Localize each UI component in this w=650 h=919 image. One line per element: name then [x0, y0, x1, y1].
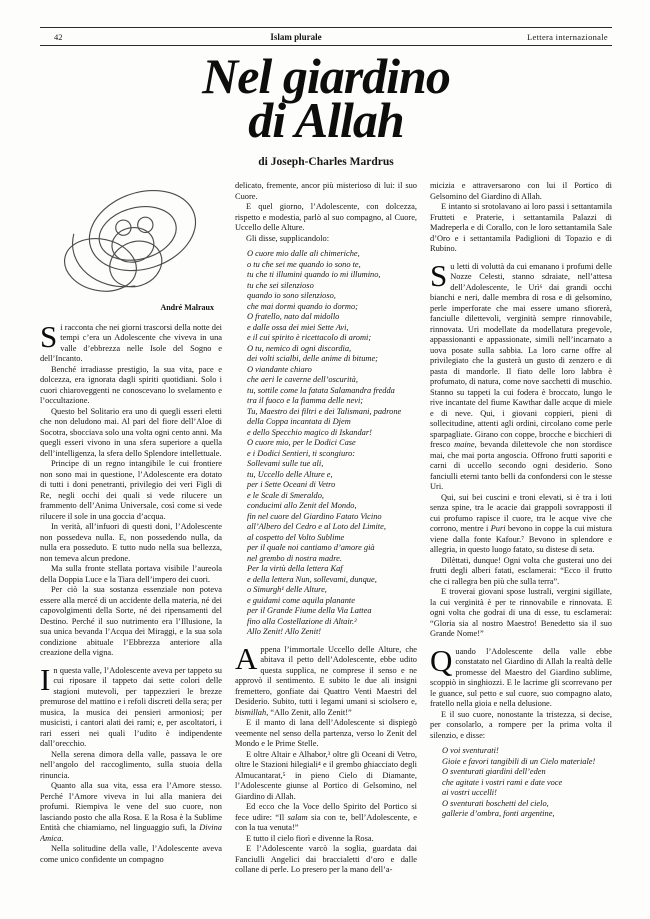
dropcap-initial: I — [40, 666, 53, 692]
paragraph: E tutto il cielo fiorì e divenne la Rosa… — [235, 834, 417, 845]
article-columns: André Malraux Si racconta che nei giorni… — [40, 181, 612, 883]
page-number: 42 — [40, 32, 130, 42]
poem-line: e il cui spirito è ricettacolo di aromi; — [247, 333, 417, 344]
poem-line: O cuore mio, per le Dodici Case — [247, 438, 417, 449]
poem-line: che agitate i vostri rami e date voce — [442, 778, 612, 789]
paragraph-text: n questa valle, l’Adolescente aveva per … — [40, 666, 222, 749]
paragraph: E il manto di lana dell’Adolescente si d… — [235, 718, 417, 750]
poem-line: nel grembo di nostra madre. — [247, 554, 417, 565]
paragraph-text: uando l’Adolescente della valle ebbe con… — [430, 647, 612, 709]
malraux-sketch: André Malraux — [40, 183, 222, 314]
magazine-page: 42 Islam plurale Lettera internazionale … — [0, 0, 650, 919]
paragraph: E intanto si srotolavano ai loro passi i… — [430, 202, 612, 255]
poem-line: O cuore mio dalle ali chimeriche, — [247, 249, 417, 260]
poem-line: tu che ti illumini quando io mi illumino… — [247, 270, 417, 281]
dropcap-initial: Q — [430, 647, 455, 673]
sketch-caption: André Malraux — [40, 303, 222, 314]
sketch-drawing-icon — [47, 183, 215, 301]
poem-line: O sventurati boschetti del cielo, — [442, 799, 612, 810]
column-right: micizia e attraversarono con lui il Port… — [430, 181, 612, 883]
column-middle: delicato, fremente, ancor più misterioso… — [235, 181, 417, 883]
paragraph-text: u letti di voluttà da cui emanano i prof… — [430, 262, 612, 492]
paragraph: Nella solitudine della valle, l’Adolesce… — [40, 844, 222, 865]
poem-line: gallerie d’ombra, fonti argentine, — [442, 809, 612, 820]
poem-line: e dalle ossa dei miei Sette Avi, — [247, 323, 417, 334]
poem-line: o tu che sei me quando io sono te, — [247, 260, 417, 271]
byline: di Joseph-Charles Mardrus — [40, 156, 612, 168]
lament-poem: O voi sventurati!Gioie e favori tangibil… — [442, 746, 612, 820]
poem-line: dei volti scialbi, delle anime di bitume… — [247, 354, 417, 365]
poem-line: Gioie e favori tangibili di un Cielo mat… — [442, 757, 612, 768]
running-head: 42 Islam plurale Lettera internazionale — [40, 27, 612, 46]
poem-line: e guidami come aquila planante — [247, 596, 417, 607]
paragraph: E troverai giovani spose lustrali, vergi… — [430, 587, 612, 640]
poem-line: per il Grande Fiume della Via Lattea — [247, 606, 417, 617]
poem-line: per i Sette Oceani di Vetro — [247, 480, 417, 491]
poem-line: al cospetto del Volto Sublime — [247, 533, 417, 544]
paragraph: Quando l’Adolescente della valle ebbe co… — [430, 647, 612, 710]
poem-line: tu, Uccello delle Alture e, — [247, 470, 417, 481]
poem-line: O sventurati giardini dell’eden — [442, 767, 612, 778]
poem-line: che mai dormi quando io dormo; — [247, 302, 417, 313]
poem-line: della Coppa incantata di Djem — [247, 417, 417, 428]
poem-line: fin nel cuore del Giardino Fatato Vicino — [247, 512, 417, 523]
paragraph: Quanto alla sua vita, essa era l’Amore s… — [40, 781, 222, 844]
dropcap-initial: S — [430, 262, 450, 288]
poem-line: e le Scale di Smeraldo, — [247, 491, 417, 502]
paragraph: Su letti di voluttà da cui emanano i pro… — [430, 262, 612, 493]
poem-line: per il quale noi cantiamo d’amore già — [247, 543, 417, 554]
poem-line: quando io sono silenzioso, — [247, 291, 417, 302]
poem-line: tra il fuoco e la fiamma delle nevi; — [247, 396, 417, 407]
poem-line: Tu, Maestro dei filtri e dei Talismani, … — [247, 407, 417, 418]
paragraph: E quel giorno, l’Adolescente, con dolcez… — [235, 202, 417, 234]
paragraph: Benché irradiasse prestigio, la sua vita… — [40, 365, 222, 407]
poem-line: che aeri le caverne dell’oscurità, — [247, 375, 417, 386]
journal-name: Lettera internazionale — [462, 32, 612, 42]
paragraph: Nella serena dimora della valle, passava… — [40, 750, 222, 782]
column-left: André Malraux Si racconta che nei giorni… — [40, 181, 222, 883]
paragraph: micizia e attraversarono con lui il Port… — [430, 181, 612, 202]
paragraph: Questo bel Solitario era uno di quegli e… — [40, 407, 222, 460]
poem-line: tu che sei silenzioso — [247, 281, 417, 292]
article-title-line2: di Allah — [40, 98, 612, 142]
paragraph-text: i racconta che nei giorni trascorsi dell… — [40, 323, 222, 364]
poem-line: Sollevami sulle tue ali, — [247, 459, 417, 470]
paragraph: E il suo cuore, nonostante la tristezza,… — [430, 710, 612, 742]
paragraph: Per ciò la sua sostanza essenziale non p… — [40, 585, 222, 659]
poem-line: O viandante chiaro — [247, 365, 417, 376]
paragraph: Ed ecco che la Voce dello Spirito del Po… — [235, 802, 417, 834]
poem-line: e i Dodici Sentieri, ti scongiuro: — [247, 449, 417, 460]
paragraph: delicato, fremente, ancor più misterioso… — [235, 181, 417, 202]
poem-line: Per la virtù della lettera Kaf — [247, 564, 417, 575]
poem-line: e dello Specchio magico di Iskandar! — [247, 428, 417, 439]
poem-line: tu, sottile come la fatata Salamandra fr… — [247, 386, 417, 397]
poem-line: O tu, nemico di ogni discordia, — [247, 344, 417, 355]
poem-line: conducimi allo Zenit del Mondo, — [247, 501, 417, 512]
paragraph: Qui, sui bei cuscini e troni elevati, si… — [430, 493, 612, 556]
paragraph: Si racconta che nei giorni trascorsi del… — [40, 323, 222, 365]
poem-line: fino alla Costellazione di Altair.² — [247, 617, 417, 628]
poem-line: Allo Zenit! Allo Zenit! — [247, 627, 417, 638]
paragraph-text: ppena l’immortale Uccello delle Alture, … — [235, 645, 417, 717]
poem-line: ai vostri uccelli! — [442, 788, 612, 799]
article-title: Nel giardino di Allah — [40, 54, 612, 142]
paragraph: Appena l’immortale Uccello delle Alture,… — [235, 645, 417, 719]
paragraph: Dilèttati, dunque! Ogni volta che guster… — [430, 556, 612, 588]
paragraph: E oltre Altair e Alhabor,³ oltre gli Oce… — [235, 750, 417, 803]
poem-line: O fratello, nato dal midollo — [247, 312, 417, 323]
dropcap-initial: A — [235, 645, 260, 671]
dropcap-initial: S — [40, 323, 60, 349]
section-title: Islam plurale — [130, 32, 462, 42]
paragraph: E l’Adolescente varcò la soglia, guardat… — [235, 844, 417, 876]
paragraph: Principe di un regno intangibile le cui … — [40, 459, 222, 522]
poem-line: O voi sventurati! — [442, 746, 612, 757]
invocation-poem: O cuore mio dalle ali chimeriche,o tu ch… — [247, 249, 417, 638]
paragraph: In verità, all’infuori di questi doni, l… — [40, 522, 222, 564]
poem-line: all’Albero del Cedro e al Loto del Limit… — [247, 522, 417, 533]
poem-line: e della lettera Nun, sollevami, dunque, — [247, 575, 417, 586]
paragraph: In questa valle, l’Adolescente aveva per… — [40, 666, 222, 750]
poem-line: o Simurgh¹ delle Alture, — [247, 585, 417, 596]
paragraph: Gli disse, supplicandolo: — [235, 234, 417, 245]
paragraph: Ma sulla fronte stellata portava visibil… — [40, 564, 222, 585]
